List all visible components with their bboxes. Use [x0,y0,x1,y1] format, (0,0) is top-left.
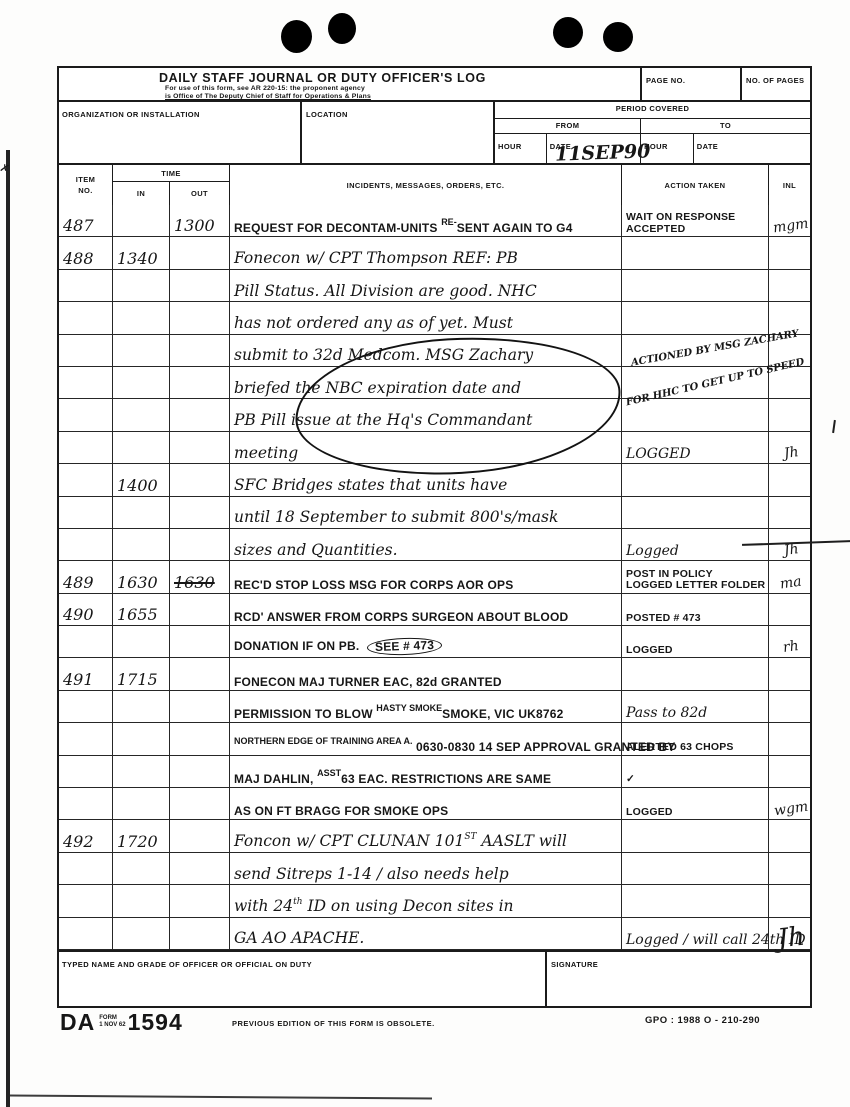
time-out-cell [170,367,230,398]
time-out-cell [170,853,230,884]
incident-text-line: NORTHERN EDGE OF TRAINING AREA A. 0630-0… [234,737,676,753]
table-row: Pill Status. All Division are good. NHC [59,270,810,302]
inserted-text: ASST [317,768,341,778]
time-in-cell [113,853,170,884]
action-taken-text: LOGGED [626,807,673,819]
time-in-cell [113,691,170,722]
obsolete-note: PREVIOUS EDITION OF THIS FORM IS OBSOLET… [232,1019,435,1028]
incident-text: GA AO APACHE. [234,929,364,947]
gpo-print-code: GPO : 1988 O - 210-290 [645,1015,760,1026]
form-header: DAILY STAFF JOURNAL OR DUTY OFFICER'S LO… [59,68,810,100]
action-taken-cell [622,853,769,884]
form-word: FORM [99,1015,117,1021]
item-no-cell [59,723,113,754]
time-in-cell: 1630 [113,561,170,592]
time-in-cell [113,885,170,916]
time-in-cell [113,367,170,398]
time-in-cell [113,399,170,430]
item-no-cell [59,918,113,949]
da-label: DA [60,1009,95,1036]
to-hour-label: HOUR [644,142,668,151]
hole-punch-dot [328,13,356,44]
incident-text-line: GA AO APACHE. [234,931,364,947]
action-taken-cell [622,658,769,689]
time-in-cell: 1400 [113,464,170,495]
inserted-text: RE- [441,217,457,227]
from-label: FROM [495,119,641,133]
from-hour-label: HOUR [498,142,522,151]
incident-text-line: REQUEST FOR DECONTAM-UNITS RE-SENT AGAIN… [234,218,573,234]
hole-punch-dot [553,17,583,48]
incident-text-line: submit to 32d Medcom. MSG Zachary [234,348,533,364]
initials-cell [769,820,810,851]
incident-text-cell: FONECON MAJ TURNER EAC, 82d GRANTED [230,658,622,689]
table-row: 48916301630REC'D STOP LOSS MSG FOR CORPS… [59,561,810,593]
table-row: 4901655RCD' ANSWER FROM CORPS SURGEON AB… [59,594,810,626]
incident-text-cell: send Sitreps 1-14 / also needs help [230,853,622,884]
no-of-pages-label: NO. OF PAGES [746,76,804,85]
incident-text-cell: Fonecon w/ CPT Thompson REF: PB [230,237,622,268]
form-edition-date: 1 NOV 62 [99,1022,125,1028]
incident-text-cell: meeting [230,432,622,463]
action-taken-cell [622,885,769,916]
incident-text-line: Fonecon w/ CPT Thompson REF: PB [234,251,518,267]
item-no-cell [59,788,113,819]
time-in-value: 1655 [117,607,158,623]
time-out-cell [170,594,230,625]
action-taken-cell [622,270,769,301]
time-out-cell [170,270,230,301]
organization-label: ORGANIZATION OR INSTALLATION [62,110,200,119]
initials-cell: ma [769,561,810,592]
item-no-cell [59,270,113,301]
circled-reference: SEE # 473 [367,637,443,657]
inserted-text: HASTY SMOKE [376,703,442,713]
paper-edge-line [6,150,10,1107]
form-subtitle-1: For use of this form, see AR 220-15: the… [165,85,640,93]
table-row: 1400SFC Bridges states that units have [59,464,810,496]
incident-text: ID on using Decon sites in [303,897,514,915]
time-out-cell [170,464,230,495]
signature-label: SIGNATURE [551,960,598,969]
incident-text: Pill Status. All Division are good. NHC [234,282,537,300]
time-in-cell [113,918,170,949]
time-in-value: 1630 [117,575,158,591]
no-of-pages-box: NO. OF PAGES [740,68,810,100]
table-row: MAJ DAHLIN, ASST63 EAC. RESTRICTIONS ARE… [59,756,810,788]
incident-text-cell: NORTHERN EDGE OF TRAINING AREA A. 0630-0… [230,723,622,754]
incident-text: DONATION IF ON PB. [234,639,363,653]
item-no-cell [59,464,113,495]
item-header-line2: NO. [78,185,93,196]
time-in-cell [113,270,170,301]
incident-text-cell: Foncon w/ CPT CLUNAN 101ST AASLT will [230,820,622,851]
incident-text-line: RCD' ANSWER FROM CORPS SURGEON ABOUT BLO… [234,611,568,623]
item-no-cell [59,626,113,657]
time-in-cell [113,756,170,787]
initials-cell [769,399,810,430]
time-out-value: 1300 [174,218,215,234]
time-in-cell: 1340 [113,237,170,268]
incident-text: Fonecon w/ CPT Thompson REF: PB [234,249,518,267]
inserted-text: ST [464,832,476,842]
time-out-cell [170,529,230,560]
action-taken-cell: LOGGED [622,432,769,463]
item-no-cell: 491 [59,658,113,689]
action-taken-cell: ALERTED 63 CHOPS [622,723,769,754]
incident-text-cell: REQUEST FOR DECONTAM-UNITS RE-SENT AGAIN… [230,205,622,236]
incident-text: submit to 32d Medcom. MSG Zachary [234,346,533,364]
incident-text-line: sizes and Quantities. [234,543,398,559]
incident-text-line: with 24th ID on using Decon sites in [234,898,514,915]
time-in-cell: 1715 [113,658,170,689]
initials-cell: Jh [769,918,810,949]
action-taken-text: ✓ [626,774,635,786]
typed-name-label: TYPED NAME AND GRADE OF OFFICER OR OFFIC… [62,960,312,969]
initials-cell [769,237,810,268]
duty-officer-initials: wgm [773,799,809,820]
incident-text: FONECON MAJ TURNER EAC, 82d GRANTED [234,675,502,689]
initials-cell: Jh [769,432,810,463]
action-taken-cell [622,237,769,268]
item-no-cell: 488 [59,237,113,268]
time-in-cell: 1655 [113,594,170,625]
item-header-line1: ITEM [76,174,96,185]
incident-text-line: until 18 September to submit 800's/mask [234,510,558,526]
incident-text-cell: REC'D STOP LOSS MSG FOR CORPS AOR OPS [230,561,622,592]
incident-text: has not ordered any as of yet. Must [234,314,513,332]
duty-officer-initials: ma [779,573,803,592]
table-row: PB Pill issue at the Hq's Commandant [59,399,810,431]
hole-punch-dot [603,22,633,52]
table-row: with 24th ID on using Decon sites in [59,885,810,917]
incident-text-cell: SFC Bridges states that units have [230,464,622,495]
action-taken-cell: ✓ [622,756,769,787]
table-row: until 18 September to submit 800's/mask [59,497,810,529]
item-no-cell [59,367,113,398]
time-in-cell [113,432,170,463]
action-taken-cell [622,497,769,528]
action-taken-cell [622,464,769,495]
to-date-label: DATE [697,142,718,151]
action-taken-cell: LOGGED [622,788,769,819]
time-in-header: IN [113,182,170,205]
incident-text: PERMISSION TO BLOW [234,707,376,721]
incident-text: send Sitreps 1-14 / also needs help [234,865,509,883]
time-out-cell [170,497,230,528]
incident-text-cell: DONATION IF ON PB. SEE # 473 [230,626,622,657]
time-out-cell [170,658,230,689]
time-in-value: 1340 [117,251,158,267]
action-taken-text: Pass to 82d [626,706,707,721]
time-in-cell [113,626,170,657]
action-taken-text: LOGGED LETTER FOLDER [626,580,765,592]
item-no-cell [59,691,113,722]
time-in-value: 1715 [117,672,158,688]
incident-text-line: meeting [234,446,298,462]
time-out-cell [170,237,230,268]
period-covered-box: PERIOD COVERED FROM TO HOUR DATE 11SEP90… [493,102,810,165]
incident-text-cell: PERMISSION TO BLOW HASTY SMOKESMOKE, VIC… [230,691,622,722]
inserted-text: NORTHERN EDGE OF TRAINING AREA A. [234,736,413,746]
initials-cell [769,885,810,916]
initials-cell: rh [769,626,810,657]
time-out-cell: 1300 [170,205,230,236]
item-no-value: 490 [63,607,94,623]
action-taken-cell [622,820,769,851]
incident-text: 63 EAC. RESTRICTIONS ARE SAME [341,772,551,786]
table-row: sizes and Quantities.LoggedJh [59,529,810,561]
incident-text: until 18 September to submit 800's/mask [234,508,558,526]
incident-text: with 24 [234,897,293,915]
item-no-value: 489 [63,575,94,591]
incident-text-line: PB Pill issue at the Hq's Commandant [234,413,532,429]
form-edition: FORM 1 NOV 62 [99,1015,125,1029]
incident-text: PB Pill issue at the Hq's Commandant [234,411,532,429]
action-taken-cell: POSTED # 473 [622,594,769,625]
table-row: NORTHERN EDGE OF TRAINING AREA A. 0630-0… [59,723,810,755]
incident-text: AASLT will [477,832,567,850]
initials-cell [769,723,810,754]
action-taken-text: ACCEPTED [626,224,685,236]
time-in-value: 1720 [117,834,158,850]
item-no-cell [59,529,113,560]
item-no-cell [59,335,113,366]
time-out-cell [170,723,230,754]
to-label: TO [641,119,810,133]
item-no-cell [59,432,113,463]
incident-text-line: Foncon w/ CPT CLUNAN 101ST AASLT will [234,833,567,850]
time-header: TIME IN OUT [113,165,230,205]
time-in-cell: 1720 [113,820,170,851]
incident-text-line: DONATION IF ON PB. SEE # 473 [234,638,442,655]
item-no-value: 492 [63,834,94,850]
time-out-cell [170,918,230,949]
action-taken-header: ACTION TAKEN [622,165,769,205]
table-row: send Sitreps 1-14 / also needs help [59,853,810,885]
table-row: has not ordered any as of yet. Must [59,302,810,334]
incident-text-line: has not ordered any as of yet. Must [234,316,513,332]
time-in-cell [113,529,170,560]
action-taken-text: Logged [626,544,679,559]
time-out-cell [170,432,230,463]
item-no-cell [59,302,113,333]
incident-text: Foncon w/ CPT CLUNAN 101 [234,832,464,850]
initials-cell [769,270,810,301]
incident-text-cell: AS ON FT BRAGG FOR SMOKE OPS [230,788,622,819]
from-to-row: FROM TO [495,119,810,134]
incident-text-line: briefed the NBC expiration date and [234,381,521,397]
duty-officer-initials: rh [782,638,800,656]
item-no-cell: 489 [59,561,113,592]
incident-text: REQUEST FOR DECONTAM-UNITS [234,221,441,235]
scanned-document-page: ✗ DAILY STAFF JOURNAL OR DUTY OFFICER'S … [0,0,850,1107]
action-taken-cell [622,302,769,333]
incidents-header: INCIDENTS, MESSAGES, ORDERS, ETC. [230,165,622,205]
item-no-value: 488 [63,251,94,267]
item-no-cell [59,756,113,787]
incident-text-cell: RCD' ANSWER FROM CORPS SURGEON ABOUT BLO… [230,594,622,625]
table-row: 4881340Fonecon w/ CPT Thompson REF: PB [59,237,810,269]
time-in-value: 1400 [117,478,158,494]
time-out-cell: 1630 [170,561,230,592]
signature-box: SIGNATURE [545,952,810,1006]
from-date-value: 11SEP90 [554,140,650,165]
title-block: DAILY STAFF JOURNAL OR DUTY OFFICER'S LO… [59,68,640,100]
form-number-block: DA FORM 1 NOV 62 1594 [60,1009,183,1036]
initials-cell [769,691,810,722]
incident-text: SMOKE, VIC UK8762 [442,707,563,721]
form-number: 1594 [128,1009,183,1036]
incident-text-cell: submit to 32d Medcom. MSG Zachary [230,335,622,366]
table-row: AS ON FT BRAGG FOR SMOKE OPSLOGGEDwgm [59,788,810,820]
officer-signature-row: TYPED NAME AND GRADE OF OFFICER OR OFFIC… [59,950,810,1006]
initials-cell [769,658,810,689]
incident-text-line: FONECON MAJ TURNER EAC, 82d GRANTED [234,676,502,688]
location-box: LOCATION [300,102,493,165]
incident-text: meeting [234,444,298,462]
time-in-cell [113,335,170,366]
typed-name-box: TYPED NAME AND GRADE OF OFFICER OR OFFIC… [59,952,545,1006]
time-in-cell [113,723,170,754]
action-taken-cell: Logged / will call 24th ID [622,918,769,949]
organization-box: ORGANIZATION OR INSTALLATION [59,102,300,165]
incident-text: RCD' ANSWER FROM CORPS SURGEON ABOUT BLO… [234,610,568,624]
incident-text-cell: Pill Status. All Division are good. NHC [230,270,622,301]
incident-text-line: MAJ DAHLIN, ASST63 EAC. RESTRICTIONS ARE… [234,769,551,785]
action-taken-text: LOGGED [626,645,673,657]
table-row: 4911715FONECON MAJ TURNER EAC, 82d GRANT… [59,658,810,690]
time-in-cell [113,302,170,333]
incident-text: SFC Bridges states that units have [234,476,507,494]
da-form-1594: DAILY STAFF JOURNAL OR DUTY OFFICER'S LO… [57,66,812,1008]
stray-pen-mark [832,420,836,433]
incident-text: briefed the NBC expiration date and [234,379,521,397]
initials-cell [769,756,810,787]
table-row: 4871300REQUEST FOR DECONTAM-UNITS RE-SEN… [59,205,810,237]
log-table-body: 4871300REQUEST FOR DECONTAM-UNITS RE-SEN… [59,205,810,950]
time-header-label: TIME [113,165,229,182]
page-no-label: PAGE NO. [646,76,685,85]
action-taken-text: LOGGED [626,447,691,462]
initials-cell [769,464,810,495]
action-taken-cell: POST IN POLICYLOGGED LETTER FOLDER [622,561,769,592]
period-covered-label: PERIOD COVERED [495,102,810,119]
table-row: 4921720Foncon w/ CPT CLUNAN 101ST AASLT … [59,820,810,852]
incident-text-cell: GA AO APACHE. [230,918,622,949]
item-no-value: 487 [63,218,94,234]
hole-punch-dot [281,20,312,53]
time-in-cell [113,788,170,819]
action-taken-cell: LOGGED [622,626,769,657]
table-row: meetingLOGGEDJh [59,432,810,464]
incident-text: REC'D STOP LOSS MSG FOR CORPS AOR OPS [234,578,513,592]
table-row: PERMISSION TO BLOW HASTY SMOKESMOKE, VIC… [59,691,810,723]
page-no-box: PAGE NO. [640,68,740,100]
incident-text-cell: until 18 September to submit 800's/mask [230,497,622,528]
time-out-cell [170,756,230,787]
incident-text-line: REC'D STOP LOSS MSG FOR CORPS AOR OPS [234,579,513,591]
item-no-value: 491 [63,672,94,688]
item-no-cell: 492 [59,820,113,851]
time-out-cell [170,885,230,916]
item-no-cell [59,399,113,430]
incident-text-cell: sizes and Quantities. [230,529,622,560]
item-no-cell [59,853,113,884]
initials-cell [769,853,810,884]
time-out-cell [170,691,230,722]
action-taken-text: ALERTED 63 CHOPS [626,742,734,754]
item-no-header: ITEM NO. [59,165,113,205]
location-label: LOCATION [306,110,348,119]
time-out-cell [170,820,230,851]
item-no-cell: 490 [59,594,113,625]
item-no-cell [59,497,113,528]
time-out-header: OUT [170,182,229,205]
paper-edge-line [10,1095,432,1100]
incident-text: SENT AGAIN TO G4 [457,221,573,235]
action-taken-cell: WAIT ON RESPONSEACCEPTED [622,205,769,236]
form-title: DAILY STAFF JOURNAL OR DUTY OFFICER'S LO… [159,71,640,85]
time-out-cell [170,335,230,366]
action-taken-text: POSTED # 473 [626,613,701,625]
incident-text-cell: with 24th ID on using Decon sites in [230,885,622,916]
incident-text-cell: PB Pill issue at the Hq's Commandant [230,399,622,430]
time-out-cell [170,626,230,657]
incident-text-line: PERMISSION TO BLOW HASTY SMOKESMOKE, VIC… [234,704,564,720]
incident-text-cell: briefed the NBC expiration date and [230,367,622,398]
incident-text-line: SFC Bridges states that units have [234,478,507,494]
incident-text-line: AS ON FT BRAGG FOR SMOKE OPS [234,805,448,817]
inserted-text: th [293,897,302,907]
time-out-cell [170,399,230,430]
initials-cell [769,497,810,528]
log-table-header: ITEM NO. TIME IN OUT INCIDENTS, MESSAGES… [59,163,810,205]
incident-text-line: send Sitreps 1-14 / also needs help [234,867,509,883]
incident-text: sizes and Quantities. [234,541,398,559]
incident-text: AS ON FT BRAGG FOR SMOKE OPS [234,804,448,818]
hour-date-row: HOUR DATE 11SEP90 HOUR DATE [495,134,810,165]
inl-header: INL [769,165,810,205]
table-row: DONATION IF ON PB. SEE # 473LOGGEDrh [59,626,810,658]
duty-officer-initials: mgm [772,216,809,237]
time-in-cell [113,497,170,528]
action-taken-cell: Pass to 82d [622,691,769,722]
incident-text-cell: MAJ DAHLIN, ASST63 EAC. RESTRICTIONS ARE… [230,756,622,787]
time-out-cell [170,302,230,333]
time-out-cell [170,788,230,819]
initials-cell: mgm [769,205,810,236]
time-in-cell [113,205,170,236]
item-no-cell: 487 [59,205,113,236]
org-location-period-row: ORGANIZATION OR INSTALLATION LOCATION PE… [59,100,810,165]
incident-text-line: Pill Status. All Division are good. NHC [234,284,537,300]
incident-text-cell: has not ordered any as of yet. Must [230,302,622,333]
item-no-cell [59,885,113,916]
table-row: GA AO APACHE.Logged / will call 24th IDJ… [59,918,810,950]
initials-cell [769,594,810,625]
incident-text: MAJ DAHLIN, [234,772,317,786]
duty-officer-initials: Jh [783,444,800,462]
initials-cell: wgm [769,788,810,819]
time-out-value: 1630 [174,575,215,591]
